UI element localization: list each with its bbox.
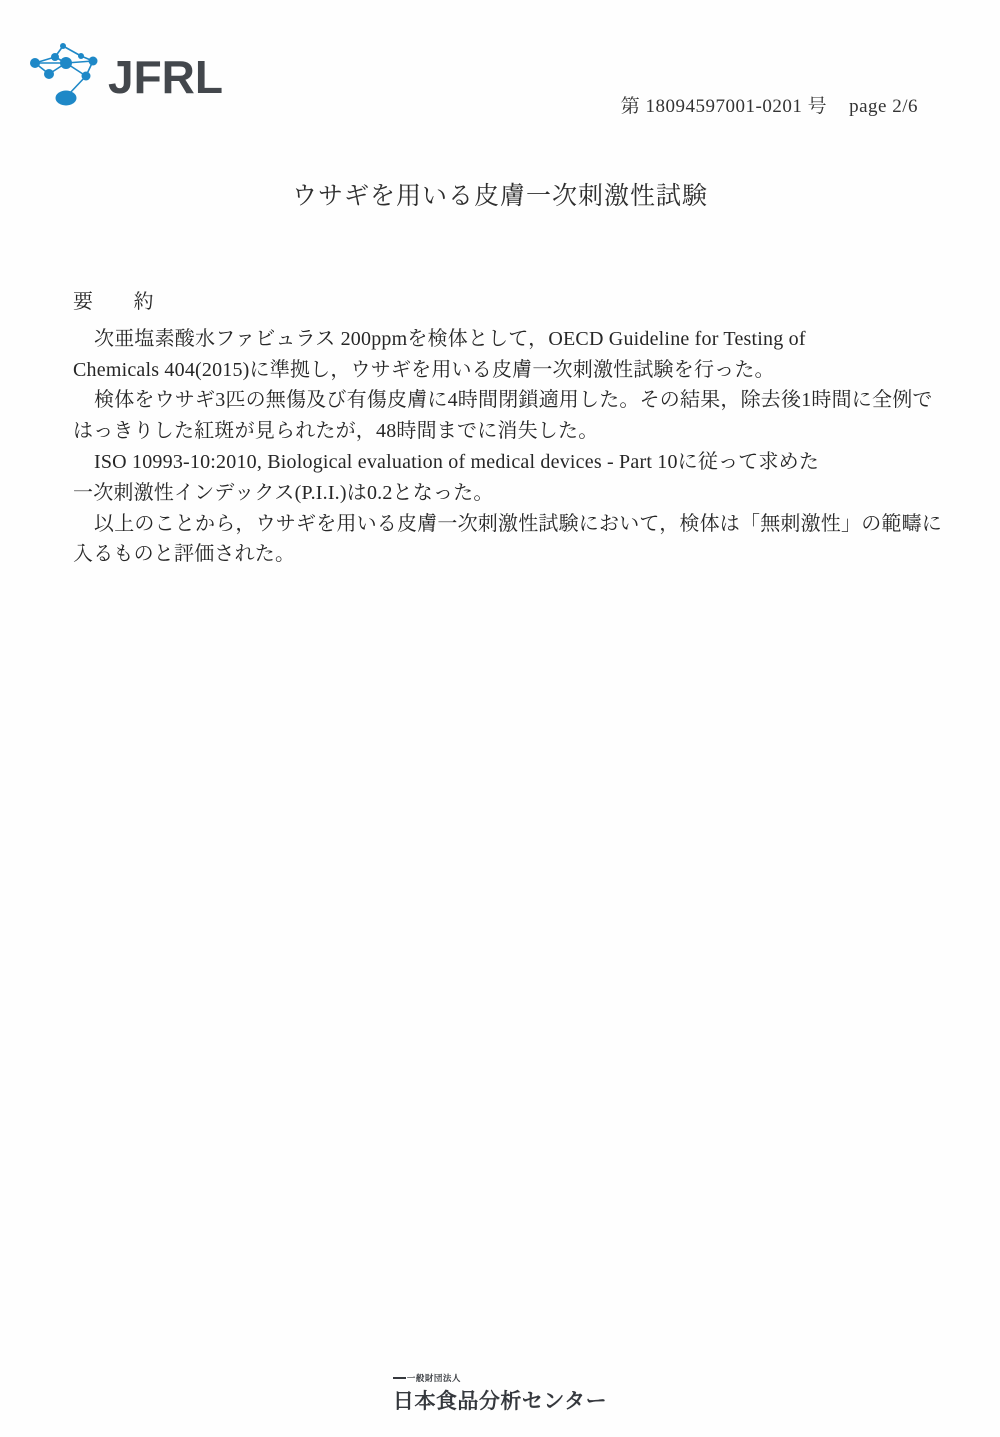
summary-heading: 要 約	[73, 287, 933, 318]
document-number: 第 18094597001-0201 号	[621, 96, 827, 117]
summary-line: 以上のことから，ウサギを用いる皮膚一次刺激性試験において，検体は「無刺激性」の範…	[73, 509, 933, 540]
brand-text: JFRL	[108, 54, 223, 100]
org-name-label: 日本食品分析センター	[393, 1385, 607, 1415]
summary-line: 一次刺激性インデックス(P.I.I.)は0.2となった。	[73, 478, 933, 509]
footer-logo-line	[393, 1377, 406, 1379]
summary-line: 検体をウサギ3匹の無傷及び有傷皮膚に4時間閉鎖適用した。その結果，除去後1時間に…	[73, 385, 933, 416]
page-number: page 2/6	[849, 96, 918, 117]
summary-section: 要 約 次亜塩素酸水ファビュラス 200ppmを検体として，OECD Guide…	[73, 287, 933, 570]
report-page: JFRL 第 18094597001-0201 号page 2/6 ウサギを用い…	[0, 0, 1000, 1437]
molecule-logo-icon	[29, 40, 103, 110]
summary-line: 入るものと評価された。	[73, 539, 933, 570]
page-footer: 一般財団法人 日本食品分析センター	[0, 1372, 1000, 1415]
summary-line: 次亜塩素酸水ファビュラス 200ppmを検体として，OECD Guideline…	[73, 324, 933, 355]
org-type-label: 一般財団法人	[407, 1372, 461, 1384]
jfrl-footer-logo: 一般財団法人 日本食品分析センター	[393, 1372, 607, 1415]
summary-line: Chemicals 404(2015)に準拠し，ウサギを用いる皮膚一次刺激性試験…	[73, 355, 933, 386]
jfrl-logo: JFRL	[29, 40, 223, 110]
report-title: ウサギを用いる皮膚一次刺激性試験	[0, 176, 1000, 212]
document-reference: 第 18094597001-0201 号page 2/6	[621, 91, 918, 118]
org-type-row: 一般財団法人	[393, 1372, 607, 1384]
summary-line: ISO 10993-10:2010, Biological evaluation…	[73, 447, 933, 478]
summary-line: はっきりした紅斑が見られたが，48時間までに消失した。	[73, 416, 933, 447]
